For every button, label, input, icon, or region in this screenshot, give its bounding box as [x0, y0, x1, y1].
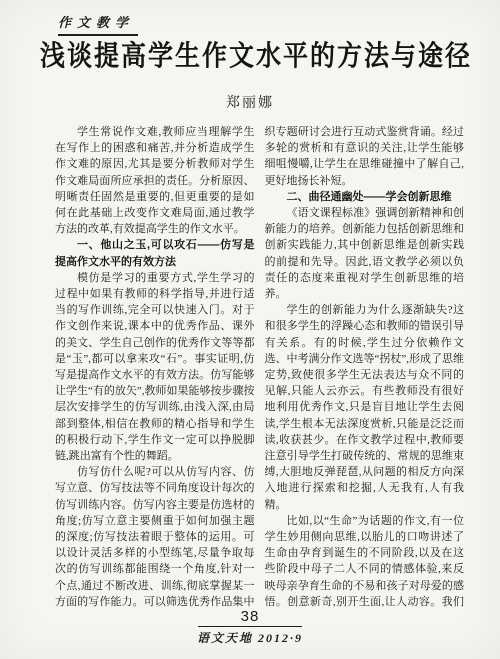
column-category-label: 作文教学	[58, 12, 138, 36]
article-body: 学生常说作文难,教师应当理解学生在写作上的困惑和痛苦,并分析造成学生作文难的原因…	[55, 124, 464, 610]
page-footer: 38 语文天地 2012·9	[0, 608, 500, 647]
paragraph-imitation-method: 模仿是学习的重要方式,学生学习的过程中如果有教师的科学指导,并进行适当的写作训练…	[55, 270, 255, 464]
article-title: 浅谈提高学生作文水平的方法与途径	[40, 34, 470, 74]
left-column: 学生常说作文难,教师应当理解学生在写作上的困惑和痛苦,并分析造成学生作文难的原因…	[55, 124, 255, 610]
paragraph-imitation-content: 仿写仿什么呢?可以从仿写内容、仿写立意、仿写技法等不同角度设计每次的仿写训练内容…	[55, 464, 255, 610]
footer-rule	[198, 626, 302, 627]
journal-name: 语文天地 2012·9	[197, 631, 303, 645]
right-column: 织专题研讨会进行互动式鉴赏背诵。经过多轮的赏析和有意识的关注,让学生能够细咀慢嚼…	[265, 124, 465, 610]
paragraph-intro: 学生常说作文难,教师应当理解学生在写作上的困惑和痛苦,并分析造成学生作文难的原因…	[55, 124, 255, 237]
section-heading-2: 二、曲径通幽处——学会创新思维	[265, 189, 465, 205]
paragraph-life-example: 比如,以“生命”为话题的作文,有一位学生妙用侧向思维,以胎儿的口吻讲述了生命由孕…	[265, 513, 465, 610]
paragraph-continuation: 织专题研讨会进行互动式鉴赏背诵。经过多轮的赏析和有意识的关注,让学生能够细咀慢嚼…	[265, 124, 465, 189]
journal-page: 作文教学 浅谈提高学生作文水平的方法与途径 郑丽娜 学生常说作文难,教师应当理解…	[0, 0, 500, 659]
section-heading-1: 一、他山之玉,可以攻石——仿写是提高作文水平的有效方法	[55, 237, 255, 269]
article-author: 郑丽娜	[0, 92, 500, 112]
paragraph-innovation-loss: 学生的创新能力为什么逐渐缺失?这和很多学生的浮躁心态和教师的错误引导有关系。有的…	[265, 302, 465, 513]
page-number: 38	[0, 608, 500, 625]
paragraph-curriculum-standard: 《语文课程标准》强调创新精神和创新能力的培养。创新能力包括创新思维和创新实践能力…	[265, 205, 465, 302]
